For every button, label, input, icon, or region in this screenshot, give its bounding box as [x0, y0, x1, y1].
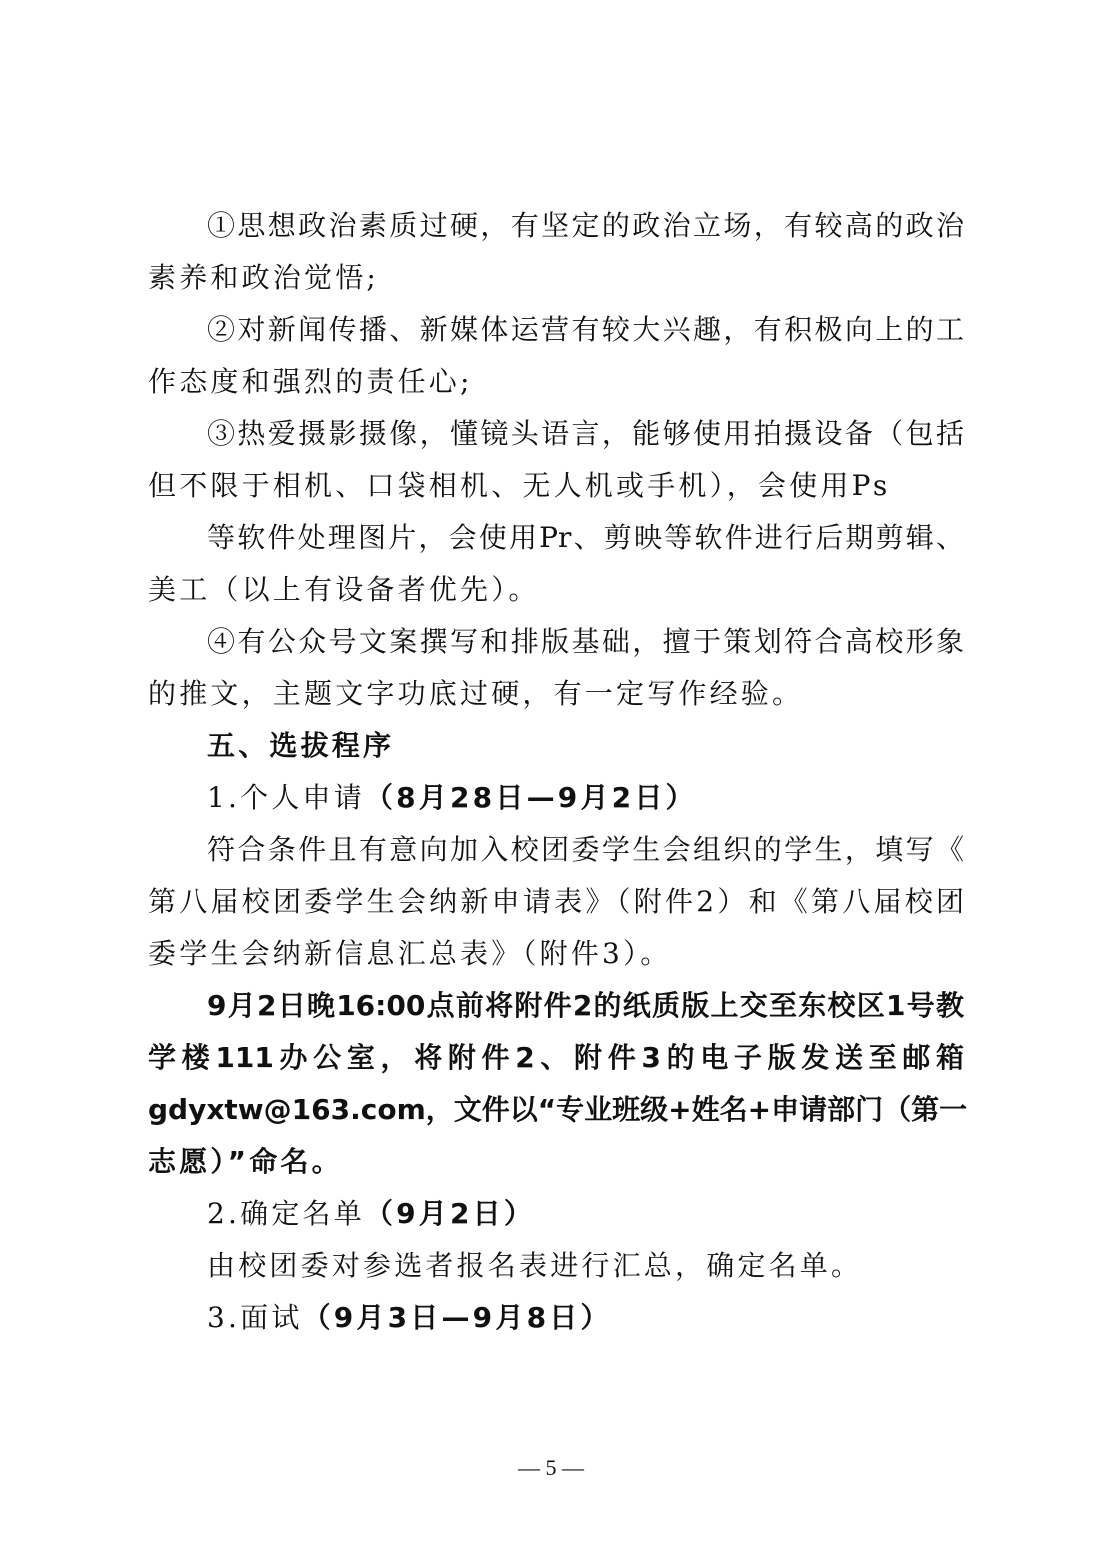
criterion-2-line-2: 作态度和强烈的责任心; [148, 364, 964, 400]
criterion-1-line-1: ①思想政治素质过硬，有坚定的政治立场，有较高的政治 [207, 208, 964, 244]
criterion-3-line-4: 美工（以上有设备者优先）。 [148, 572, 964, 608]
criterion-3-line-2: 但不限于相机、口袋相机、无人机或手机），会使用Ps [148, 468, 964, 504]
criterion-1-line-2: 素养和政治觉悟; [148, 260, 964, 296]
step-1-body-line-1: 符合条件且有意向加入校团委学生会组织的学生，填写《 [207, 832, 964, 868]
step-1-deadline-line-2: 学楼111办公室，将附件2、附件3的电子版发送至邮箱 [148, 1040, 964, 1076]
step-3-heading: 3.面试（9月3日—9月8日） [207, 1300, 964, 1336]
step-3-label: 3.面试 [207, 1301, 303, 1334]
step-2-label: 2.确定名单 [207, 1197, 365, 1230]
step-2-body: 由校团委对参选者报名表进行汇总，确定名单。 [207, 1248, 964, 1284]
step-1-heading: 1.个人申请（8月28日—9月2日） [207, 780, 964, 816]
step-2-heading: 2.确定名单（9月2日） [207, 1196, 964, 1232]
criterion-3-line-1: ③热爱摄影摄像，懂镜头语言，能够使用拍摄设备（包括 [207, 416, 964, 452]
step-1-deadline-line-1: 9月2日晚16:00点前将附件2的纸质版上交至东校区1号教 [207, 988, 964, 1024]
section-heading: 五、选拔程序 [207, 728, 964, 764]
page-number: — 5 — [0, 1455, 1102, 1481]
step-1-body-line-3: 委学生会纳新信息汇总表》（附件3）。 [148, 936, 964, 972]
step-1-body-line-2: 第八届校团委学生会纳新申请表》（附件2）和《第八届校团 [148, 884, 964, 920]
criterion-4-line-1: ④有公众号文案撰写和排版基础，擅于策划符合高校形象 [207, 624, 964, 660]
step-3-date: （9月3日—9月8日） [303, 1301, 612, 1334]
step-2-date: （9月2日） [365, 1197, 535, 1230]
step-1-deadline-line-4: 志愿）”命名。 [148, 1144, 964, 1180]
step-1-date: （8月28日—9月2日） [365, 781, 697, 814]
criterion-4-line-2: 的推文，主题文字功底过硬，有一定写作经验。 [148, 676, 964, 712]
step-1-label: 1.个人申请 [207, 781, 365, 814]
criterion-3-line-3: 等软件处理图片，会使用Pr、剪映等软件进行后期剪辑、 [207, 520, 964, 556]
criterion-2-line-1: ②对新闻传播、新媒体运营有较大兴趣，有积极向上的工 [207, 312, 964, 348]
document-page: ①思想政治素质过硬，有坚定的政治立场，有较高的政治 素养和政治觉悟; ②对新闻传… [0, 0, 1102, 1559]
step-1-deadline-line-3: gdyxtw@163.com，文件以“专业班级+姓名+申请部门（第一 [148, 1092, 964, 1128]
